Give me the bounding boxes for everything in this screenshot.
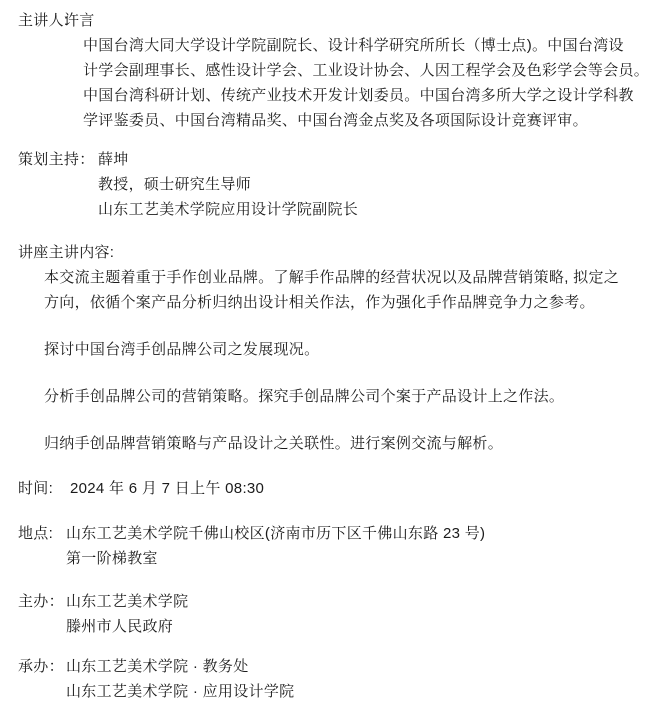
organizer-label: 主办： — [18, 589, 66, 614]
organizer-line-2: 滕州市人民政府 — [66, 614, 641, 639]
lecture-content-section: 讲座主讲内容: 本交流主题着重于手作创业品牌。了解手作品牌的经营状况以及品牌营销… — [18, 240, 641, 456]
host-row: 策划主持：薛坤 — [18, 147, 641, 172]
organizer-section: 主办：山东工艺美术学院 滕州市人民政府 — [18, 589, 641, 639]
speaker-bio-line-2: 计学会副理事长、感性设计学会、工业设计协会、人因工程学会及色彩学会等会员。 — [83, 58, 641, 83]
time-section: 时间:2024 年 6 月 7 日上午 08:30 — [18, 476, 641, 501]
undertaker-section: 承办：山东工艺美术学院 · 教务处 山东工艺美术学院 · 应用设计学院 — [18, 654, 641, 702]
location-line-2: 第一阶梯教室 — [66, 546, 641, 571]
speaker-label: 主讲人: — [18, 8, 64, 33]
content-paragraph-2: 探讨中国台湾手创品牌公司之发展现况。 — [44, 337, 641, 362]
time-label: 时间: — [18, 476, 70, 501]
host-name: 薛坤 — [98, 151, 129, 168]
host-label: 策划主持： — [18, 147, 98, 172]
content-heading: 讲座主讲内容: — [18, 240, 641, 265]
speaker-name: 许言 — [64, 12, 95, 29]
lecture-announcement-document: 主讲人:许言 中国台湾大同大学设计学院副院长、设计科学研究所所长（博士点)。中国… — [0, 0, 655, 702]
content-paragraph-1-line-1: 本交流主题着重于手作创业品牌。了解手作品牌的经营状况以及品牌营销策略, 拟定之 — [44, 265, 641, 290]
speaker-bio-line-4: 学评鉴委员、中国台湾精品奖、中国台湾金点奖及各项国际设计竞赛评审。 — [83, 108, 641, 133]
host-title-line-2: 山东工艺美术学院应用设计学院副院长 — [98, 197, 641, 222]
speaker-section: 主讲人:许言 中国台湾大同大学设计学院副院长、设计科学研究所所长（博士点)。中国… — [18, 8, 641, 133]
location-section: 地点:山东工艺美术学院千佛山校区(济南市历下区千佛山东路 23 号) 第一阶梯教… — [18, 521, 641, 571]
speaker-bio: 中国台湾大同大学设计学院副院长、设计科学研究所所长（博士点)。中国台湾设 计学会… — [83, 33, 641, 133]
undertaker-line-1: 山东工艺美术学院 · 教务处 — [66, 658, 249, 675]
content-paragraph-3: 分析手创品牌公司的营销策略。探究手创品牌公司个案于产品设计上之作法。 — [44, 384, 641, 409]
host-section: 策划主持：薛坤 教授，硕士研究生导师 山东工艺美术学院应用设计学院副院长 — [18, 147, 641, 222]
content-paragraph-4: 归纳手创品牌营销策略与产品设计之关联性。进行案例交流与解析。 — [44, 431, 641, 456]
content-paragraph-1-line-2: 方向，依循个案产品分析归纳出设计相关作法，作为强化手作品牌竞争力之参考。 — [44, 290, 641, 315]
undertaker-label: 承办： — [18, 654, 66, 679]
speaker-row: 主讲人:许言 — [18, 8, 641, 33]
location-line-1: 山东工艺美术学院千佛山校区(济南市历下区千佛山东路 23 号) — [66, 525, 485, 542]
organizer-line-1: 山东工艺美术学院 — [66, 593, 188, 610]
host-title-line-1: 教授，硕士研究生导师 — [98, 172, 641, 197]
speaker-bio-line-3: 中国台湾科研计划、传统产业技术开发计划委员。中国台湾多所大学之设计学科教 — [83, 83, 641, 108]
location-row: 地点:山东工艺美术学院千佛山校区(济南市历下区千佛山东路 23 号) — [18, 521, 641, 546]
content-paragraph-1: 本交流主题着重于手作创业品牌。了解手作品牌的经营状况以及品牌营销策略, 拟定之 … — [44, 265, 641, 315]
time-row: 时间:2024 年 6 月 7 日上午 08:30 — [18, 476, 641, 501]
time-value: 2024 年 6 月 7 日上午 08:30 — [70, 480, 264, 497]
speaker-bio-line-1: 中国台湾大同大学设计学院副院长、设计科学研究所所长（博士点)。中国台湾设 — [83, 33, 641, 58]
location-label: 地点: — [18, 521, 66, 546]
organizer-row: 主办：山东工艺美术学院 — [18, 589, 641, 614]
undertaker-row: 承办：山东工艺美术学院 · 教务处 — [18, 654, 641, 679]
undertaker-line-2: 山东工艺美术学院 · 应用设计学院 — [66, 679, 641, 702]
host-titles: 教授，硕士研究生导师 山东工艺美术学院应用设计学院副院长 — [98, 172, 641, 222]
